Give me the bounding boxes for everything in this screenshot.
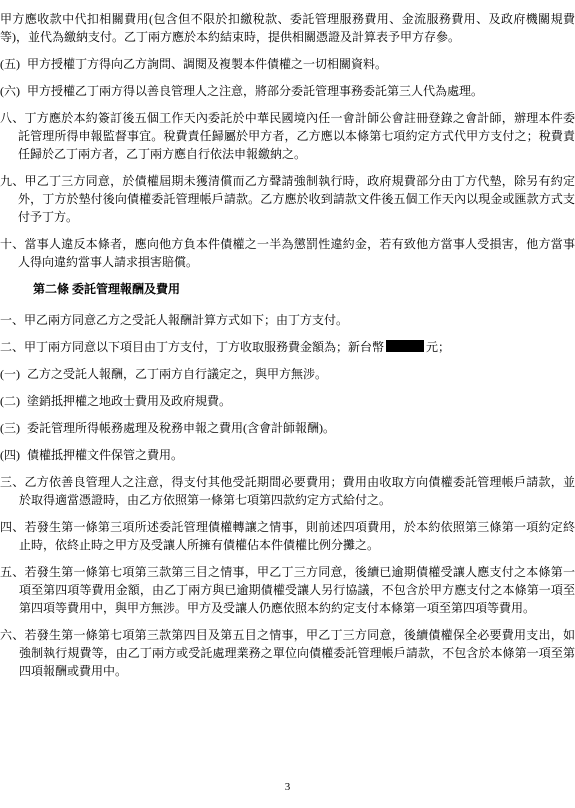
fee-subitem-4: (四)債權抵押權文件保管之費用。 xyxy=(0,446,575,464)
subitem-6-label: (六) xyxy=(0,84,20,98)
article2-item-4: 四、若發生第一條第三項所述委託管理債權轉讓之情事，則前述四項費用，於本約依照第三… xyxy=(0,518,575,554)
page-number: 3 xyxy=(0,778,575,796)
subitem-6: (六)甲方授權乙丁兩方得以善良管理人之注意，將部分委託管理事務委託第三人代為處理… xyxy=(0,82,575,100)
fee-subitem-1-text: 乙方之受託人報酬，乙丁兩方自行議定之，與甲方無涉。 xyxy=(27,367,327,381)
fee-subitem-3: (三)委託管理所得帳務處理及稅務申報之費用(含會計師報酬)。 xyxy=(0,419,575,437)
article2-item-1: 一、甲乙兩方同意乙方之受託人報酬計算方式如下；由丁方支付。 xyxy=(0,311,575,329)
article1-item-10-text: 當事人違反本條者，應向他方負本件債權之一半為懲罰性違約金，若有致他方當事人受損害… xyxy=(18,237,575,269)
article2-item-1-text: 甲乙兩方同意乙方之受託人報酬計算方式如下；由丁方支付。 xyxy=(24,313,348,327)
article2-item-3: 三、乙方依善良管理人之注意，得支付其他受託期間必要費用；費用由收取方向債權委託管… xyxy=(0,473,575,509)
paragraph-continuation: 甲方應收款中代扣相關費用(包含但不限於扣繳稅款、委託管理服務費用、金流服務費用、… xyxy=(0,10,575,46)
fee-subitem-4-text: 債權抵押權文件保管之費用。 xyxy=(27,448,183,462)
article2-item-6: 六、若發生第一條第七項第三款第四目及第五目之情事，甲乙丁三方同意，後續債權保全必… xyxy=(0,626,575,680)
article2-item-4-label: 四、 xyxy=(0,520,24,534)
fee-subitem-2-label: (二) xyxy=(0,394,20,408)
article2-item-2-text-after: 元； xyxy=(426,340,450,354)
article1-item-8-label: 八、 xyxy=(0,111,24,125)
subitem-5-label: (五) xyxy=(0,57,20,71)
article1-item-10-label: 十、 xyxy=(0,237,24,251)
fee-subitem-3-text: 委託管理所得帳務處理及稅務申報之費用(含會計師報酬)。 xyxy=(27,421,335,435)
article2-item-6-text: 若發生第一條第七項第三款第四目及第五目之情事，甲乙丁三方同意，後續債權保全必要費… xyxy=(19,628,575,678)
article2-item-5: 五、若發生第一條第七項第三款第三目之情事，甲乙丁三方同意，後續已逾期債權受讓人應… xyxy=(0,563,575,617)
article2-heading: 第二條 委託管理報酬及費用 xyxy=(33,280,575,298)
fee-subitem-3-label: (三) xyxy=(0,421,20,435)
fee-subitem-2: (二)塗銷抵押權之地政士費用及政府規費。 xyxy=(0,392,575,410)
article1-item-8-text: 丁方應於本約簽訂後五個工作天內委託於中華民國境內任一會計師公會註冊登錄之會計師，… xyxy=(18,111,575,161)
article1-item-9-text: 甲乙丁三方同意，於債權屆期未獲清償而乙方聲請強制執行時，政府規費部分由丁方代墊，… xyxy=(18,174,575,224)
article2-item-5-label: 五、 xyxy=(0,565,24,579)
subitem-6-text: 甲方授權乙丁兩方得以善良管理人之注意，將部分委託管理事務委託第三人代為處理。 xyxy=(27,84,483,98)
fee-subitem-2-text: 塗銷抵押權之地政士費用及政府規費。 xyxy=(27,394,231,408)
fee-subitem-1: (一)乙方之受託人報酬，乙丁兩方自行議定之，與甲方無涉。 xyxy=(0,365,575,383)
article2-item-2-label: 二、 xyxy=(0,340,24,354)
article2-item-2: 二、甲丁兩方同意以下項目由丁方支付，丁方收取服務費金額為；新台幣元； xyxy=(0,338,575,356)
article2-item-4-text: 若發生第一條第三項所述委託管理債權轉讓之情事，則前述四項費用，於本約依照第三條第… xyxy=(19,520,575,552)
article1-item-9-label: 九、 xyxy=(0,174,24,188)
contract-page: 甲方應收款中代扣相關費用(包含但不限於扣繳稅款、委託管理服務費用、金流服務費用、… xyxy=(0,0,575,680)
fee-subitem-4-label: (四) xyxy=(0,448,20,462)
article2-item-1-label: 一、 xyxy=(0,313,24,327)
article1-item-9: 九、甲乙丁三方同意，於債權屆期未獲清償而乙方聲請強制執行時，政府規費部分由丁方代… xyxy=(0,172,575,226)
article2-item-5-text: 若發生第一條第七項第三款第三目之情事，甲乙丁三方同意，後續已逾期債權受讓人應支付… xyxy=(19,565,575,615)
article2-item-3-label: 三、 xyxy=(0,475,24,489)
fee-subitem-1-label: (一) xyxy=(0,367,20,381)
subitem-5: (五)甲方授權丁方得向乙方詢問、調閱及複製本件債權之一切相關資料。 xyxy=(0,55,575,73)
subitem-5-text: 甲方授權丁方得向乙方詢問、調閱及複製本件債權之一切相關資料。 xyxy=(27,57,387,71)
article2-item-6-label: 六、 xyxy=(0,628,24,642)
redacted-amount-box xyxy=(386,340,424,352)
article1-item-10: 十、當事人違反本條者，應向他方負本件債權之一半為懲罰性違約金，若有致他方當事人受… xyxy=(0,235,575,271)
article1-item-8: 八、丁方應於本約簽訂後五個工作天內委託於中華民國境內任一會計師公會註冊登錄之會計… xyxy=(0,109,575,163)
article2-item-2-text-before: 甲丁兩方同意以下項目由丁方支付，丁方收取服務費金額為；新台幣 xyxy=(24,340,384,354)
article2-item-3-text: 乙方依善良管理人之注意，得支付其他受託期間必要費用；費用由收取方向債權委託管理帳… xyxy=(19,475,575,507)
